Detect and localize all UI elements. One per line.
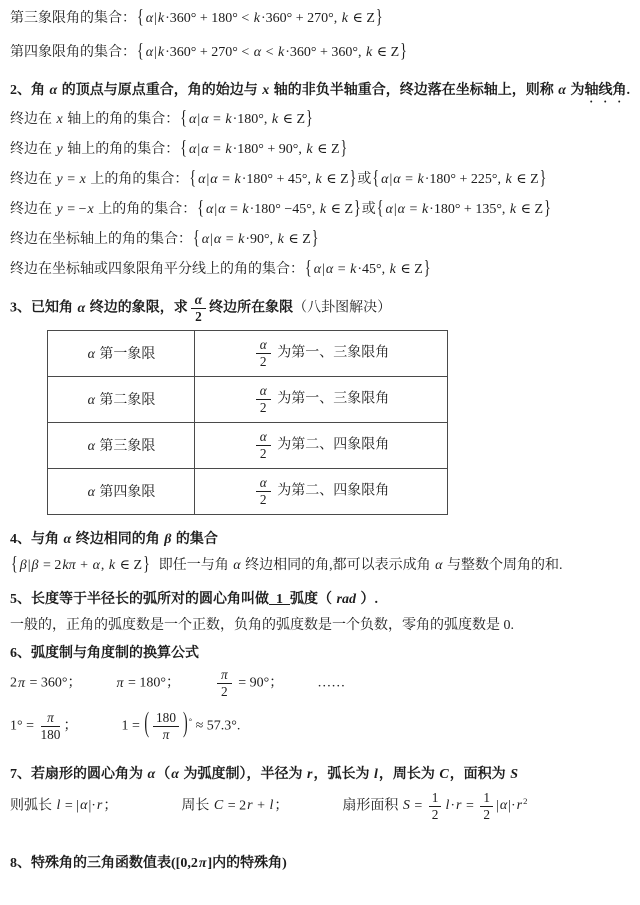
line-conversion-2: 1° = π180；1 = (180π)° ≈ 57.3°. [10, 711, 630, 742]
stretch-delimiter: { [372, 164, 379, 194]
fraction: α2 [256, 384, 271, 415]
stretch-delimiter: } [544, 194, 551, 224]
line-terminal-y-axis: 终边在 y 轴上的角的集合：{α|α = k·180° + 90°, k ∈ Z… [10, 139, 630, 160]
stretch-delimiter: ) [183, 704, 188, 746]
table-cell-half-angle: α2 为第二、四象限角 [195, 468, 448, 514]
line-quadrant4-set: 第四象限角的集合：{α|k·360° + 270° < α < k·360° +… [10, 42, 630, 63]
stretch-delimiter: { [197, 194, 204, 224]
fraction: 180π [153, 711, 179, 742]
line-terminal-x-axis: 终边在 x 轴上的角的集合：{α|α = k·180°, k ∈ Z} [10, 109, 630, 130]
fraction: π180 [41, 711, 61, 742]
section-4-heading: 4、与角 α 终边相同的角 β 的集合 [10, 529, 630, 550]
table-cell-quadrant: α 第一象限 [48, 330, 195, 376]
stretch-delimiter: } [400, 37, 407, 67]
table-row: α 第四象限 α2 为第二、四象限角 [48, 468, 448, 514]
half-angle-quadrant-table: α 第一象限 α2 为第一、三象限角 α 第二象限 α2 为第一、三象限角 α … [47, 330, 448, 515]
section-3-heading: 3、已知角 α 终边的象限，求α2终边所在象限（八卦图解决） [10, 293, 630, 324]
stretch-delimiter: } [424, 254, 431, 284]
stretch-delimiter: } [540, 164, 547, 194]
stretch-delimiter: { [180, 104, 187, 134]
section-2-heading: 2、角 α 的顶点与原点重合，角的始边与 x 轴的非负半轴重合，终边落在坐标轴上… [10, 80, 630, 106]
table-cell-quadrant: α 第三象限 [48, 422, 195, 468]
table-cell-quadrant: α 第四象限 [48, 468, 195, 514]
line-terminal-bisector: 终边在坐标轴或四象限角平分线上的角的集合：{α|α = k·45°, k ∈ Z… [10, 259, 630, 280]
fraction: 12 [429, 791, 442, 822]
line-terminal-coord-axes: 终边在坐标轴上的角的集合：{α|α = k·90°, k ∈ Z} [10, 229, 630, 250]
line-conversion-1: 2π = 360°；π = 180°；π2 = 90°；…… [10, 668, 630, 699]
line-terminal-y-eq-neg-x: 终边在 y = −x 上的角的集合：{α|α = k·180° −45°, k … [10, 199, 630, 220]
line-terminal-y-eq-x: 终边在 y = x 上的角的集合：{α|α = k·180° + 45°, k … [10, 169, 630, 190]
section-6-heading: 6、弧度制与角度制的换算公式 [10, 643, 630, 664]
stretch-delimiter: { [137, 37, 144, 67]
stretch-delimiter: { [137, 3, 144, 33]
table-cell-half-angle: α2 为第一、三象限角 [195, 330, 448, 376]
stretch-delimiter: ( [144, 704, 149, 746]
section-8-heading: 8、特殊角的三角函数值表([0,2π]内的特殊角) [10, 853, 630, 874]
table-cell-half-angle: α2 为第二、四象限角 [195, 422, 448, 468]
stretch-delimiter: { [305, 254, 312, 284]
line-radian-sign-note: 一般的，正角的弧度数是一个正数，负角的弧度数是一个负数，零角的弧度数是 0. [10, 615, 630, 636]
table-row: α 第二象限 α2 为第一、三象限角 [48, 376, 448, 422]
stretch-delimiter: { [189, 164, 196, 194]
fraction: α2 [191, 293, 206, 324]
stretch-delimiter: } [354, 194, 361, 224]
stretch-delimiter: } [143, 550, 150, 580]
fraction: π2 [217, 668, 232, 699]
stretch-delimiter: } [312, 224, 319, 254]
stretch-delimiter: { [193, 224, 200, 254]
fraction: α2 [256, 430, 271, 461]
fraction: α2 [256, 338, 271, 369]
stretch-delimiter: } [350, 164, 357, 194]
stretch-delimiter: } [341, 134, 348, 164]
stretch-delimiter: } [306, 104, 313, 134]
table-cell-quadrant: α 第二象限 [48, 376, 195, 422]
stretch-delimiter: { [11, 550, 18, 580]
table-row: α 第一象限 α2 为第一、三象限角 [48, 330, 448, 376]
stretch-delimiter: { [377, 194, 384, 224]
line-beta-set: {β|β = 2kπ + α, k ∈ Z}即任一与角 α 终边相同的角,都可以… [10, 555, 630, 576]
line-quadrant3-set: 第三象限角的集合：{α|k·360° + 180° < k·360° + 270… [10, 8, 630, 29]
section-7-heading: 7、若扇形的圆心角为 α（α 为弧度制），半径为 r，弧长为 l，周长为 C，面… [10, 764, 630, 785]
stretch-delimiter: } [376, 3, 383, 33]
line-sector-formulas: 则弧长 l = |α|·r；周长 C = 2r + l；扇形面积 S = 12l… [10, 791, 630, 822]
fraction: α2 [256, 476, 271, 507]
table-row: α 第三象限 α2 为第二、四象限角 [48, 422, 448, 468]
stretch-delimiter: { [180, 134, 187, 164]
section-5-heading: 5、长度等于半径长的弧所对的圆心角叫做 1 弧度（ rad ）. [10, 589, 630, 610]
document-page: 第三象限角的集合：{α|k·360° + 180° < k·360° + 270… [0, 0, 640, 874]
fraction: 12 [480, 791, 493, 822]
table-cell-half-angle: α2 为第一、三象限角 [195, 376, 448, 422]
